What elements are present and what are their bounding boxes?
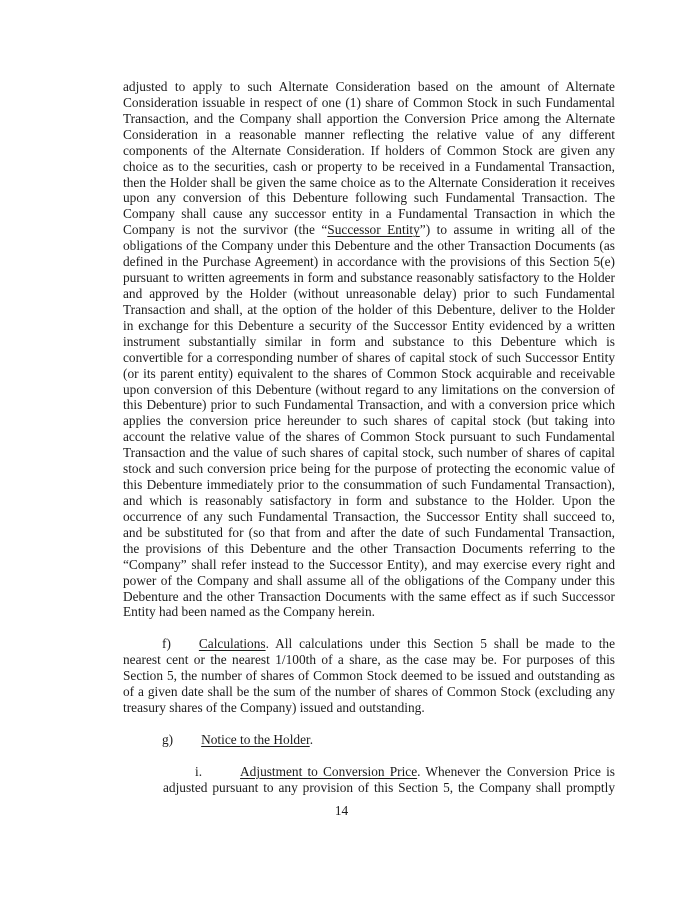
text-line: Section 5, the number of shares of Commo…: [123, 668, 615, 684]
text-line: and which is reasonably satisfactory in …: [123, 493, 615, 509]
paragraph-section-5g-notice-to-holder: g)Notice to the Holder.: [123, 732, 615, 748]
text-line: Consideration issuable in respect of one…: [123, 95, 615, 111]
text-line: stock and such conversion price being fo…: [123, 461, 615, 477]
text-line: treasury shares of the Company) issued a…: [123, 700, 615, 716]
text-line: defined in the Purchase Agreement) in ac…: [123, 254, 615, 270]
text-line: nearest cent or the nearest 1/100th of a…: [123, 652, 615, 668]
text-line: Transaction and the value of such shares…: [123, 445, 615, 461]
text-line: choice as to the securities, cash or pro…: [123, 159, 615, 175]
text-line: upon any conversion of this Debenture fo…: [123, 190, 615, 206]
text-line: Transaction, and the Company shall appor…: [123, 111, 615, 127]
text-line: adjusted to apply to such Alternate Cons…: [123, 79, 615, 95]
text-line: power of the Company and shall assume al…: [123, 573, 615, 589]
text-line: Transaction and shall, at the option of …: [123, 302, 615, 318]
text-line: obligations of the Company under this De…: [123, 238, 615, 254]
text-line: g)Notice to the Holder.: [123, 732, 615, 748]
text-line: and approved by the Holder (without unre…: [123, 286, 615, 302]
text-line: adjusted pursuant to any provision of th…: [163, 780, 615, 796]
text-line: then the Holder shall be given the same …: [123, 175, 615, 191]
text-line: Entity had been named as the Company her…: [123, 604, 615, 620]
text-line: and be substituted for (so that from and…: [123, 525, 615, 541]
text-line: this Debenture) prior to such Fundamenta…: [123, 397, 615, 413]
text-line: of a given date shall be the sum of the …: [123, 684, 615, 700]
text-line: upon conversion of this Debenture (witho…: [123, 382, 615, 398]
text-line: applies the conversion price hereunder t…: [123, 413, 615, 429]
text-line: i.Adjustment to Conversion Price. Whenev…: [163, 764, 615, 780]
text-line: Company is not the survivor (the “Succes…: [123, 222, 615, 238]
text-line: the provisions of this Debenture and the…: [123, 541, 615, 557]
text-line: pursuant to written agreements in form a…: [123, 270, 615, 286]
text-line: in exchange for this Debenture a securit…: [123, 318, 615, 334]
text-line: account the relative value of the shares…: [123, 429, 615, 445]
text-line: Debenture and the other Transaction Docu…: [123, 589, 615, 605]
text-line: this Debenture immediately prior to the …: [123, 477, 615, 493]
paragraph-section-5e-continuation: adjusted to apply to such Alternate Cons…: [123, 79, 615, 620]
paragraph-section-5g-i-adjustment-to-conversion-price: i.Adjustment to Conversion Price. Whenev…: [123, 764, 615, 796]
text-line: convertible for a corresponding number o…: [123, 350, 615, 366]
document-page: adjusted to apply to such Alternate Cons…: [0, 0, 697, 902]
text-line: Consideration in a reasonable manner ref…: [123, 127, 615, 143]
text-line: components of the Alternate Consideratio…: [123, 143, 615, 159]
page-number: 14: [0, 803, 683, 819]
text-line: “Company” shall refer instead to the Suc…: [123, 557, 615, 573]
document-paragraphs: adjusted to apply to such Alternate Cons…: [123, 79, 615, 795]
paragraph-section-5f-calculations: f)Calculations. All calculations under t…: [123, 636, 615, 716]
text-line: occurrence of any such Fundamental Trans…: [123, 509, 615, 525]
text-line: (or its parent entity) equivalent to the…: [123, 366, 615, 382]
text-line: instrument substantially similar in form…: [123, 334, 615, 350]
text-line: f)Calculations. All calculations under t…: [123, 636, 615, 652]
text-line: Company shall cause any successor entity…: [123, 206, 615, 222]
